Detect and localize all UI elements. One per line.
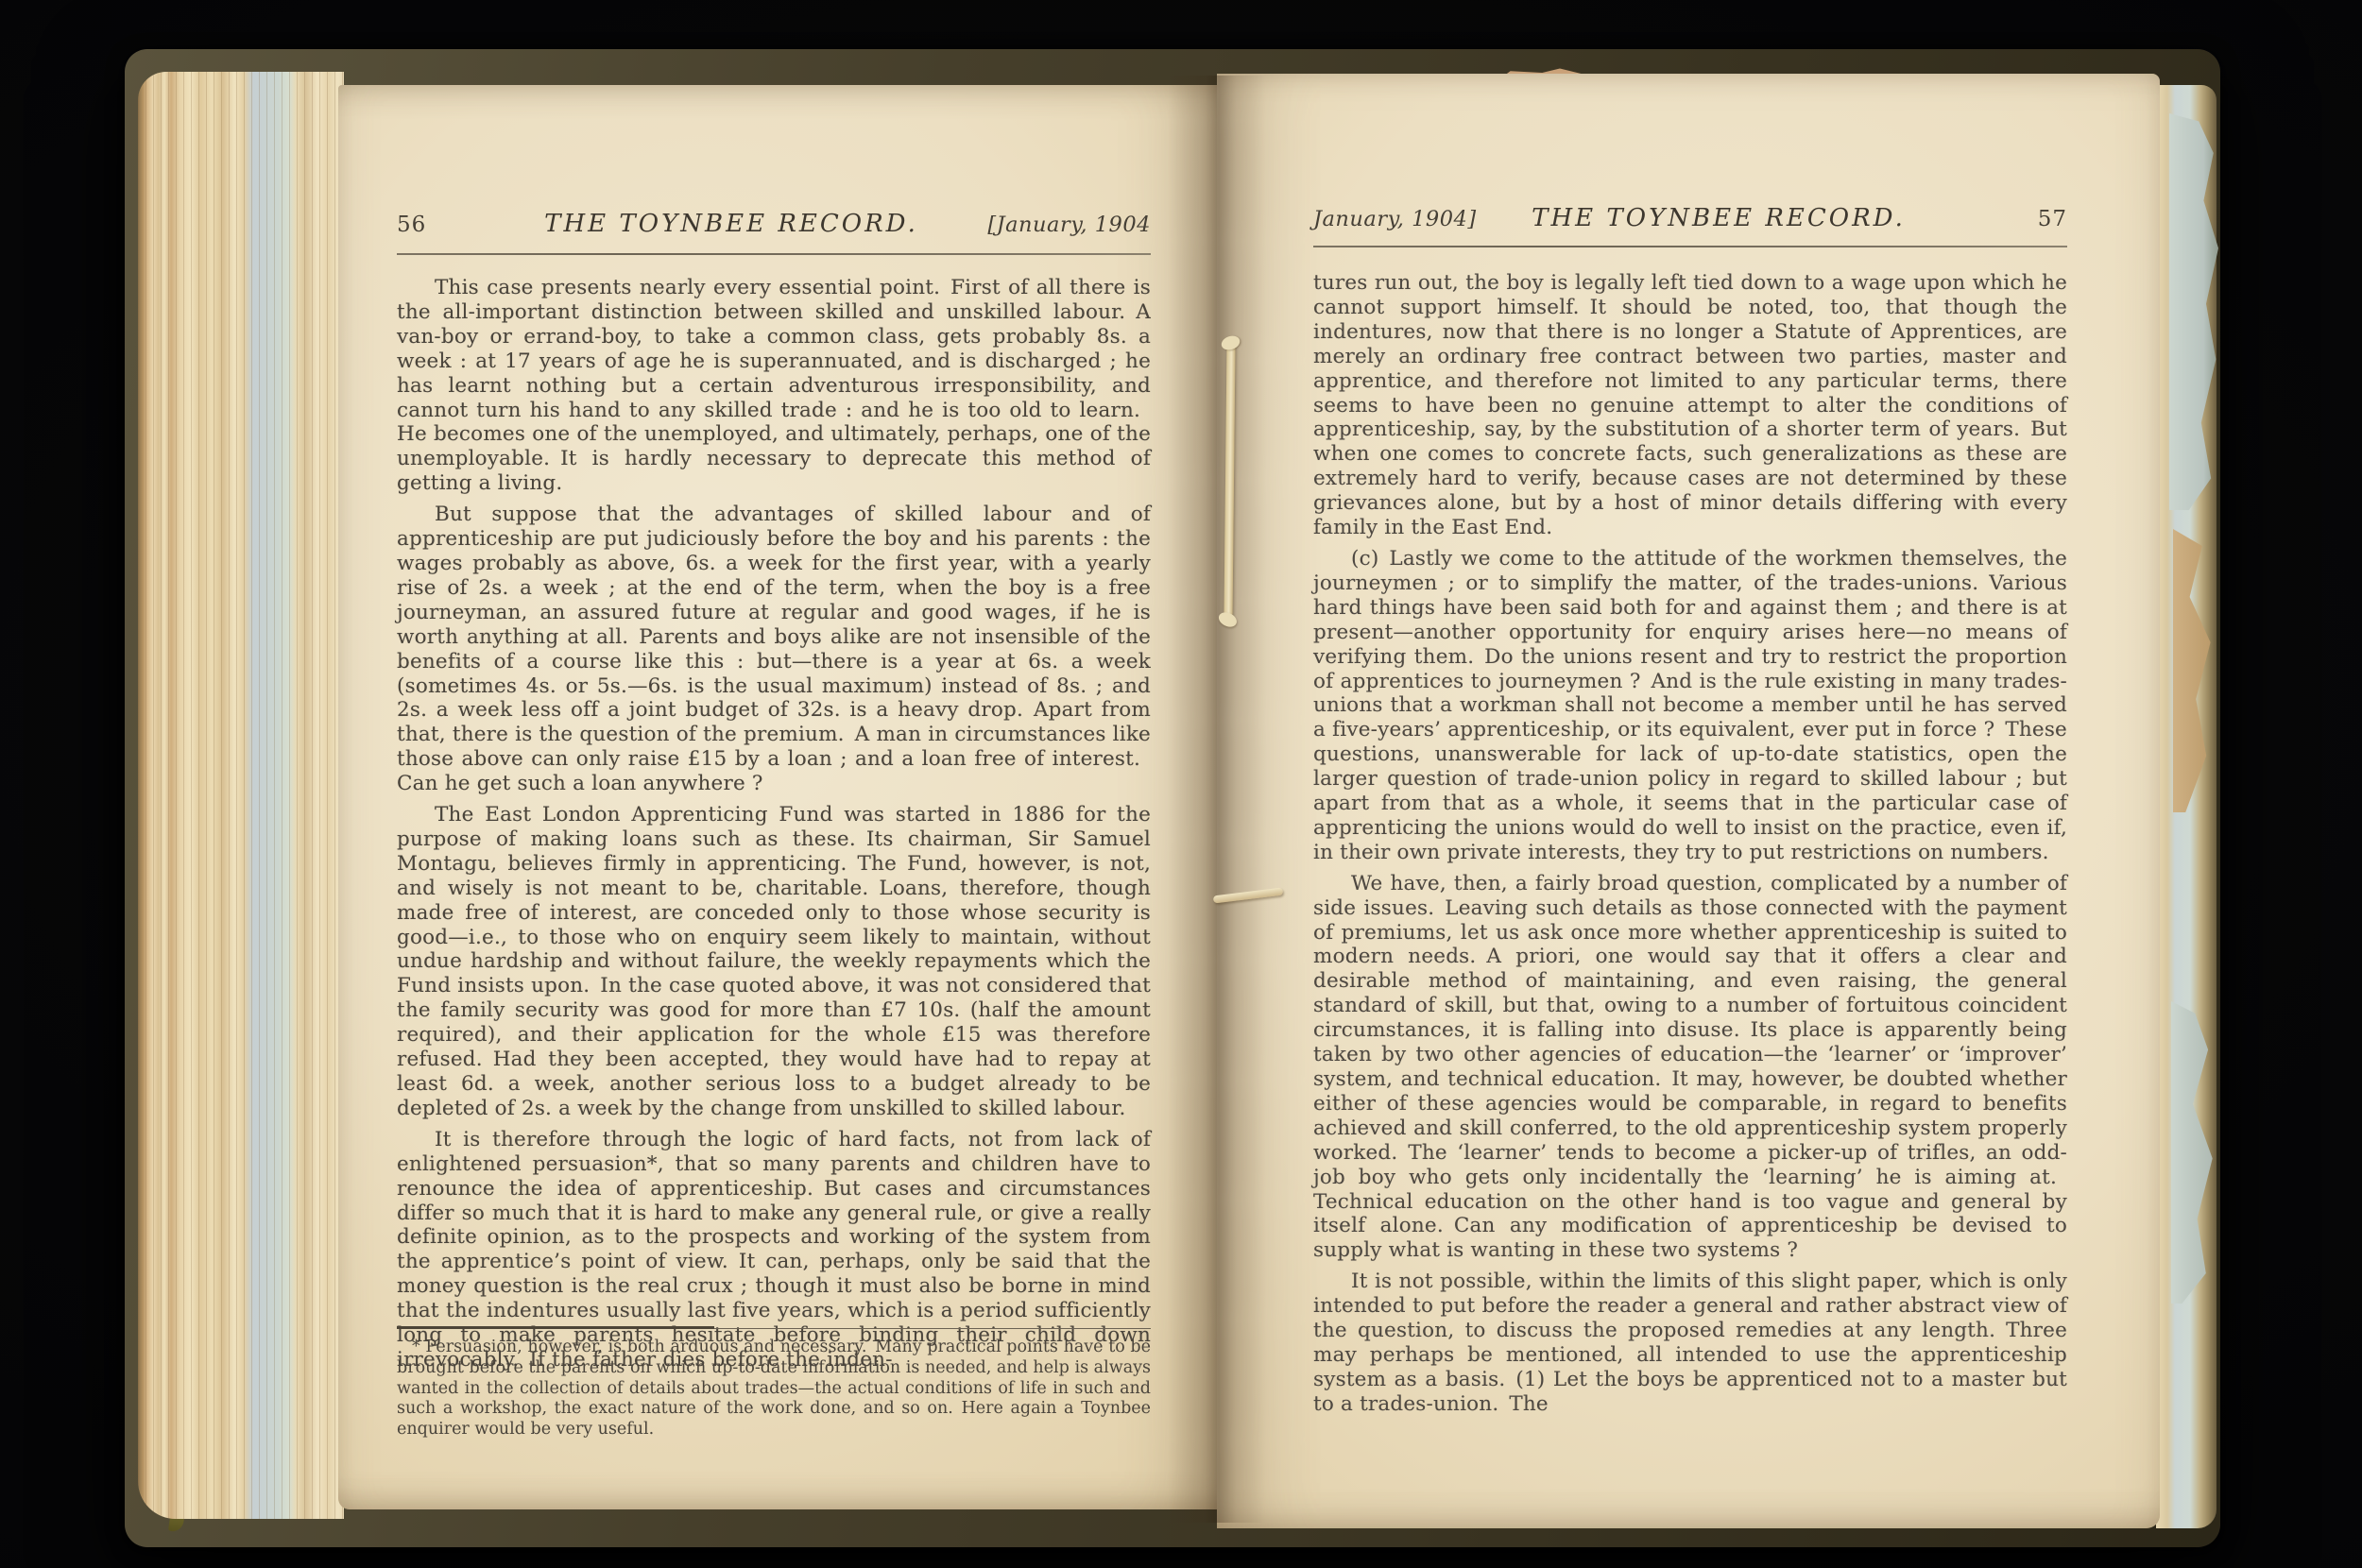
paragraph: The East London Apprenticing Fund was st… xyxy=(397,803,1151,1121)
left-running-title: THE TOYNBEE RECORD. xyxy=(510,210,952,238)
paragraph: This case presents nearly every essentia… xyxy=(397,276,1151,496)
left-page-header: 56 THE TOYNBEE RECORD. [January, 1904 xyxy=(397,210,1151,238)
footnote-block: * Persuasion, however, is both arduous a… xyxy=(397,1328,1151,1440)
paragraph: (c) Lastly we come to the attitude of th… xyxy=(1313,547,2067,865)
left-page-text-column: This case presents nearly every essentia… xyxy=(397,276,1151,1379)
paragraph: tures run out, the boy is legally left t… xyxy=(1313,271,2067,540)
right-issue-date: January, 1904] xyxy=(1313,207,1512,231)
footnote-rule xyxy=(397,1328,1151,1329)
left-issue-date: [January, 1904 xyxy=(952,213,1151,237)
right-page-header: January, 1904] THE TOYNBEE RECORD. 57 xyxy=(1313,204,2067,232)
right-page-text-column: tures run out, the boy is legally left t… xyxy=(1313,271,2067,1423)
left-page-number: 56 xyxy=(397,213,510,237)
footnote-text: * Persuasion, however, is both arduous a… xyxy=(397,1338,1151,1440)
right-header-rule xyxy=(1313,246,2067,247)
paragraph: It is not possible, within the limits of… xyxy=(1313,1270,2067,1416)
right-page-number: 57 xyxy=(1926,207,2067,231)
paragraph: But suppose that the advantages of skill… xyxy=(397,503,1151,796)
left-page-edges xyxy=(138,72,344,1519)
paragraph: We have, then, a fairly broad question, … xyxy=(1313,872,2067,1264)
left-header-rule xyxy=(397,253,1151,255)
photo-background: { "document": { "type": "open-book-photo… xyxy=(0,0,2362,1568)
right-running-title: THE TOYNBEE RECORD. xyxy=(1512,204,1926,232)
